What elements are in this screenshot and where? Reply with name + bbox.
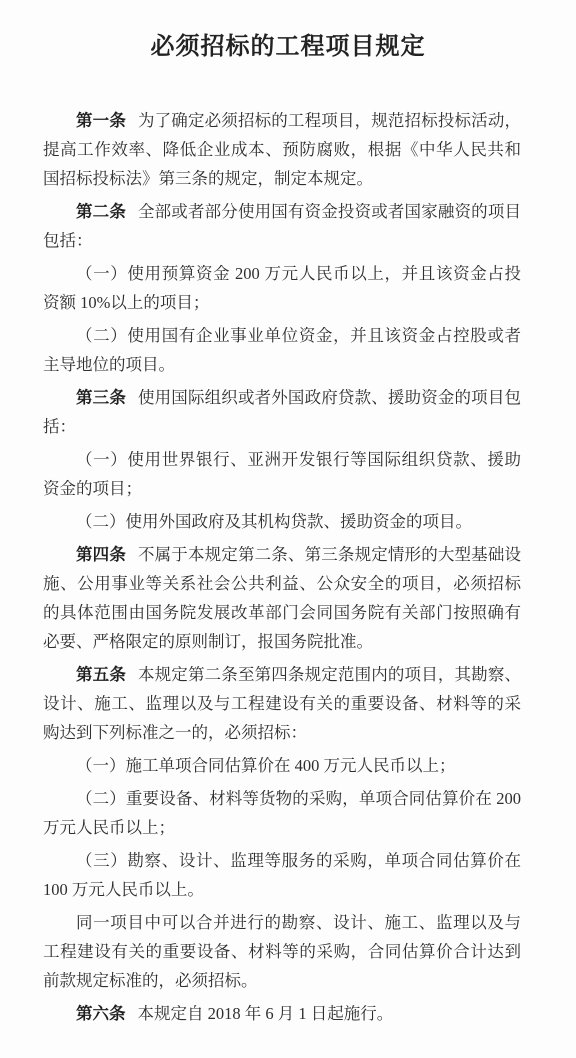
document-page: 必须招标的工程项目规定 第一条为了确定必须招标的工程项目，规范招标投标活动，提高… [0, 0, 576, 1058]
article-number: 第三条 [76, 388, 126, 407]
article-number: 第四条 [76, 545, 126, 564]
paragraph-text: 同一项目中可以合并进行的勘察、设计、施工、监理以及与工程建设有关的重要设备、材料… [43, 913, 521, 990]
paragraph-text: （二）使用外国政府及其机构贷款、援助资金的项目。 [76, 512, 472, 531]
paragraph-text: （二）重要设备、材料等货物的采购，单项合同估算价在 200 万元人民币以上； [43, 789, 521, 837]
clause-paragraph: （三）勘察、设计、监理等服务的采购，单项合同估算价在 100 万元人民币以上。 [43, 846, 521, 904]
paragraph-text: （三）勘察、设计、监理等服务的采购，单项合同估算价在 100 万元人民币以上。 [43, 851, 521, 899]
paragraph-text: （一）施工单项合同估算价在 400 万元人民币以上； [76, 756, 456, 775]
clause-paragraph: （二）重要设备、材料等货物的采购，单项合同估算价在 200 万元人民币以上； [43, 784, 521, 842]
article-paragraph: 第一条为了确定必须招标的工程项目，规范招标投标活动，提高工作效率、降低企业成本、… [43, 106, 521, 193]
clause-paragraph: （一）使用世界银行、亚洲开发银行等国际组织贷款、援助资金的项目； [43, 445, 521, 503]
clause-paragraph: （一）施工单项合同估算价在 400 万元人民币以上； [43, 751, 521, 780]
document-body: 第一条为了确定必须招标的工程项目，规范招标投标活动，提高工作效率、降低企业成本、… [43, 106, 521, 1028]
article-paragraph: 第五条本规定第二条至第四条规定范围内的项目，其勘察、设计、施工、监理以及与工程建… [43, 660, 521, 747]
article-number: 第二条 [76, 202, 126, 221]
paragraph-text: （一）使用世界银行、亚洲开发银行等国际组织贷款、援助资金的项目； [43, 450, 521, 498]
article-number: 第一条 [76, 111, 126, 130]
clause-paragraph: （一）使用预算资金 200 万元人民币以上，并且该资金占投资额 10%以上的项目… [43, 259, 521, 317]
paragraph-text: （二）使用国有企业事业单位资金，并且该资金占控股或者主导地位的项目。 [43, 326, 521, 374]
article-paragraph: 第二条全部或者部分使用国有资金投资或者国家融资的项目包括： [43, 197, 521, 255]
clause-paragraph: （二）使用国有企业事业单位资金，并且该资金占控股或者主导地位的项目。 [43, 321, 521, 379]
paragraph-text: 本规定自 2018 年 6 月 1 日起施行。 [138, 1004, 394, 1023]
article-paragraph: 第三条使用国际组织或者外国政府贷款、援助资金的项目包括： [43, 383, 521, 441]
clause-paragraph: （二）使用外国政府及其机构贷款、援助资金的项目。 [43, 507, 521, 536]
clause-paragraph: 同一项目中可以合并进行的勘察、设计、施工、监理以及与工程建设有关的重要设备、材料… [43, 908, 521, 995]
article-paragraph: 第六条本规定自 2018 年 6 月 1 日起施行。 [43, 999, 521, 1028]
article-number: 第六条 [76, 1004, 126, 1023]
paragraph-text: （一）使用预算资金 200 万元人民币以上，并且该资金占投资额 10%以上的项目… [43, 264, 521, 312]
article-paragraph: 第四条不属于本规定第二条、第三条规定情形的大型基础设施、公用事业等关系社会公共利… [43, 540, 521, 656]
document-title: 必须招标的工程项目规定 [0, 30, 576, 64]
article-number: 第五条 [76, 665, 126, 684]
